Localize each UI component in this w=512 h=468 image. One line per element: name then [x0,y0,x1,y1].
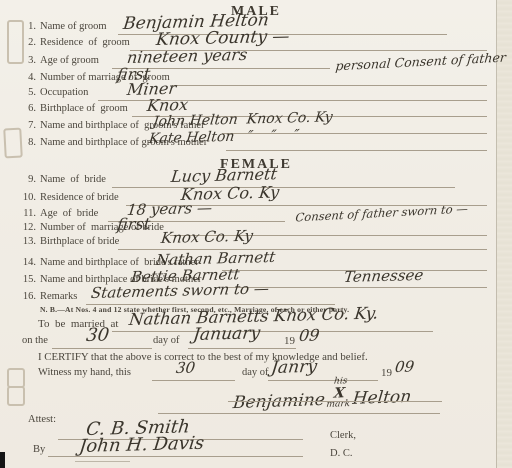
row-number: 7. [14,120,36,131]
row-number: 12. [14,222,36,233]
row-label: Name of bride [40,174,106,185]
row-number: 6. [14,103,36,114]
row-number: 14. [14,257,36,268]
by-label: By [33,444,45,455]
handwritten-witness-month: Janry [270,357,318,378]
row-number: 11. [14,208,36,219]
row-label: Residence of bride [40,192,119,203]
scan-artifact-line [75,461,130,462]
row-label: Birthplace of bride [40,236,119,247]
row-number: 15. [14,274,36,285]
groom-signature: Benjamine his X mark Helton [232,375,414,413]
row-number: 13. [14,236,36,247]
signature-line [158,413,440,414]
row-bride-father: 14. Name and birthplace of bride's fathe… [0,257,512,275]
row-groom-mother: 8. Name and birthplace of groom's mother… [0,137,512,155]
row-number: 4. [14,72,36,83]
day-of-label: day of [153,335,180,346]
row-number: 8. [14,137,36,148]
handwritten-witness-day: 30 [175,359,196,377]
fill-in-line [226,150,487,151]
signature-line [228,401,442,402]
row-label: Age of groom [40,55,99,66]
row-number: 10. [14,192,36,203]
row-label: Occupation [40,87,88,98]
handwritten-entry: Knox Co. Ky [160,227,254,247]
deputy-clerk-signature: John H. Davis [78,433,205,457]
row-label: Birthplace of groom [40,103,128,114]
fill-in-line [52,348,152,349]
scan-corner-mark [0,452,5,468]
row-number: 2. [14,37,36,48]
row-number: 9. [14,174,36,185]
signature-line [48,456,303,457]
row-label: Residence of groom [40,37,130,48]
fill-in-line [112,187,455,188]
handwritten-entry: Kate Helton ″ ″ ″ [148,127,300,147]
fastener-bracket [7,386,25,406]
clerk-title: Clerk, [330,430,356,441]
marriage-record-scan: MALE 1. Name of groom Benjamin Helton 2.… [0,0,512,468]
signature-last-name: Helton [352,387,413,409]
handwritten-entry-birthplace: Tennessee [343,266,424,286]
row-label: Age of bride [40,208,98,219]
row-number: 3. [14,55,36,66]
row-number: 16. [14,291,36,302]
row-number: 5. [14,87,36,98]
handwritten-entry: Statements sworn to — [90,279,270,302]
witness-label: Witness my hand, this [38,367,131,378]
handwritten-entry: first [116,214,151,234]
row-number: 1. [14,21,36,32]
deputy-title: D. C. [330,448,352,459]
fill-in-line [188,348,296,349]
his-mark: his X mark [326,377,353,410]
row-label: Remarks [40,291,77,302]
handwritten-year: 09 [298,325,321,345]
attest-label: Attest: [28,414,56,425]
row-label: Name of groom [40,21,106,32]
handwritten-entry: Knox [146,95,189,115]
year-printed: 19 [284,335,295,347]
handwritten-day: 30 [85,324,110,346]
handwritten-entry: John Helton Knox Co. Ky [152,109,333,130]
on-the-label: on the [22,335,48,346]
fill-in-line [112,331,433,332]
day-of-label: day of [242,367,269,378]
fill-in-line [172,85,487,86]
handwritten-year: 09 [394,358,415,376]
handwritten-month: January [192,323,261,345]
fill-in-line [152,380,235,381]
